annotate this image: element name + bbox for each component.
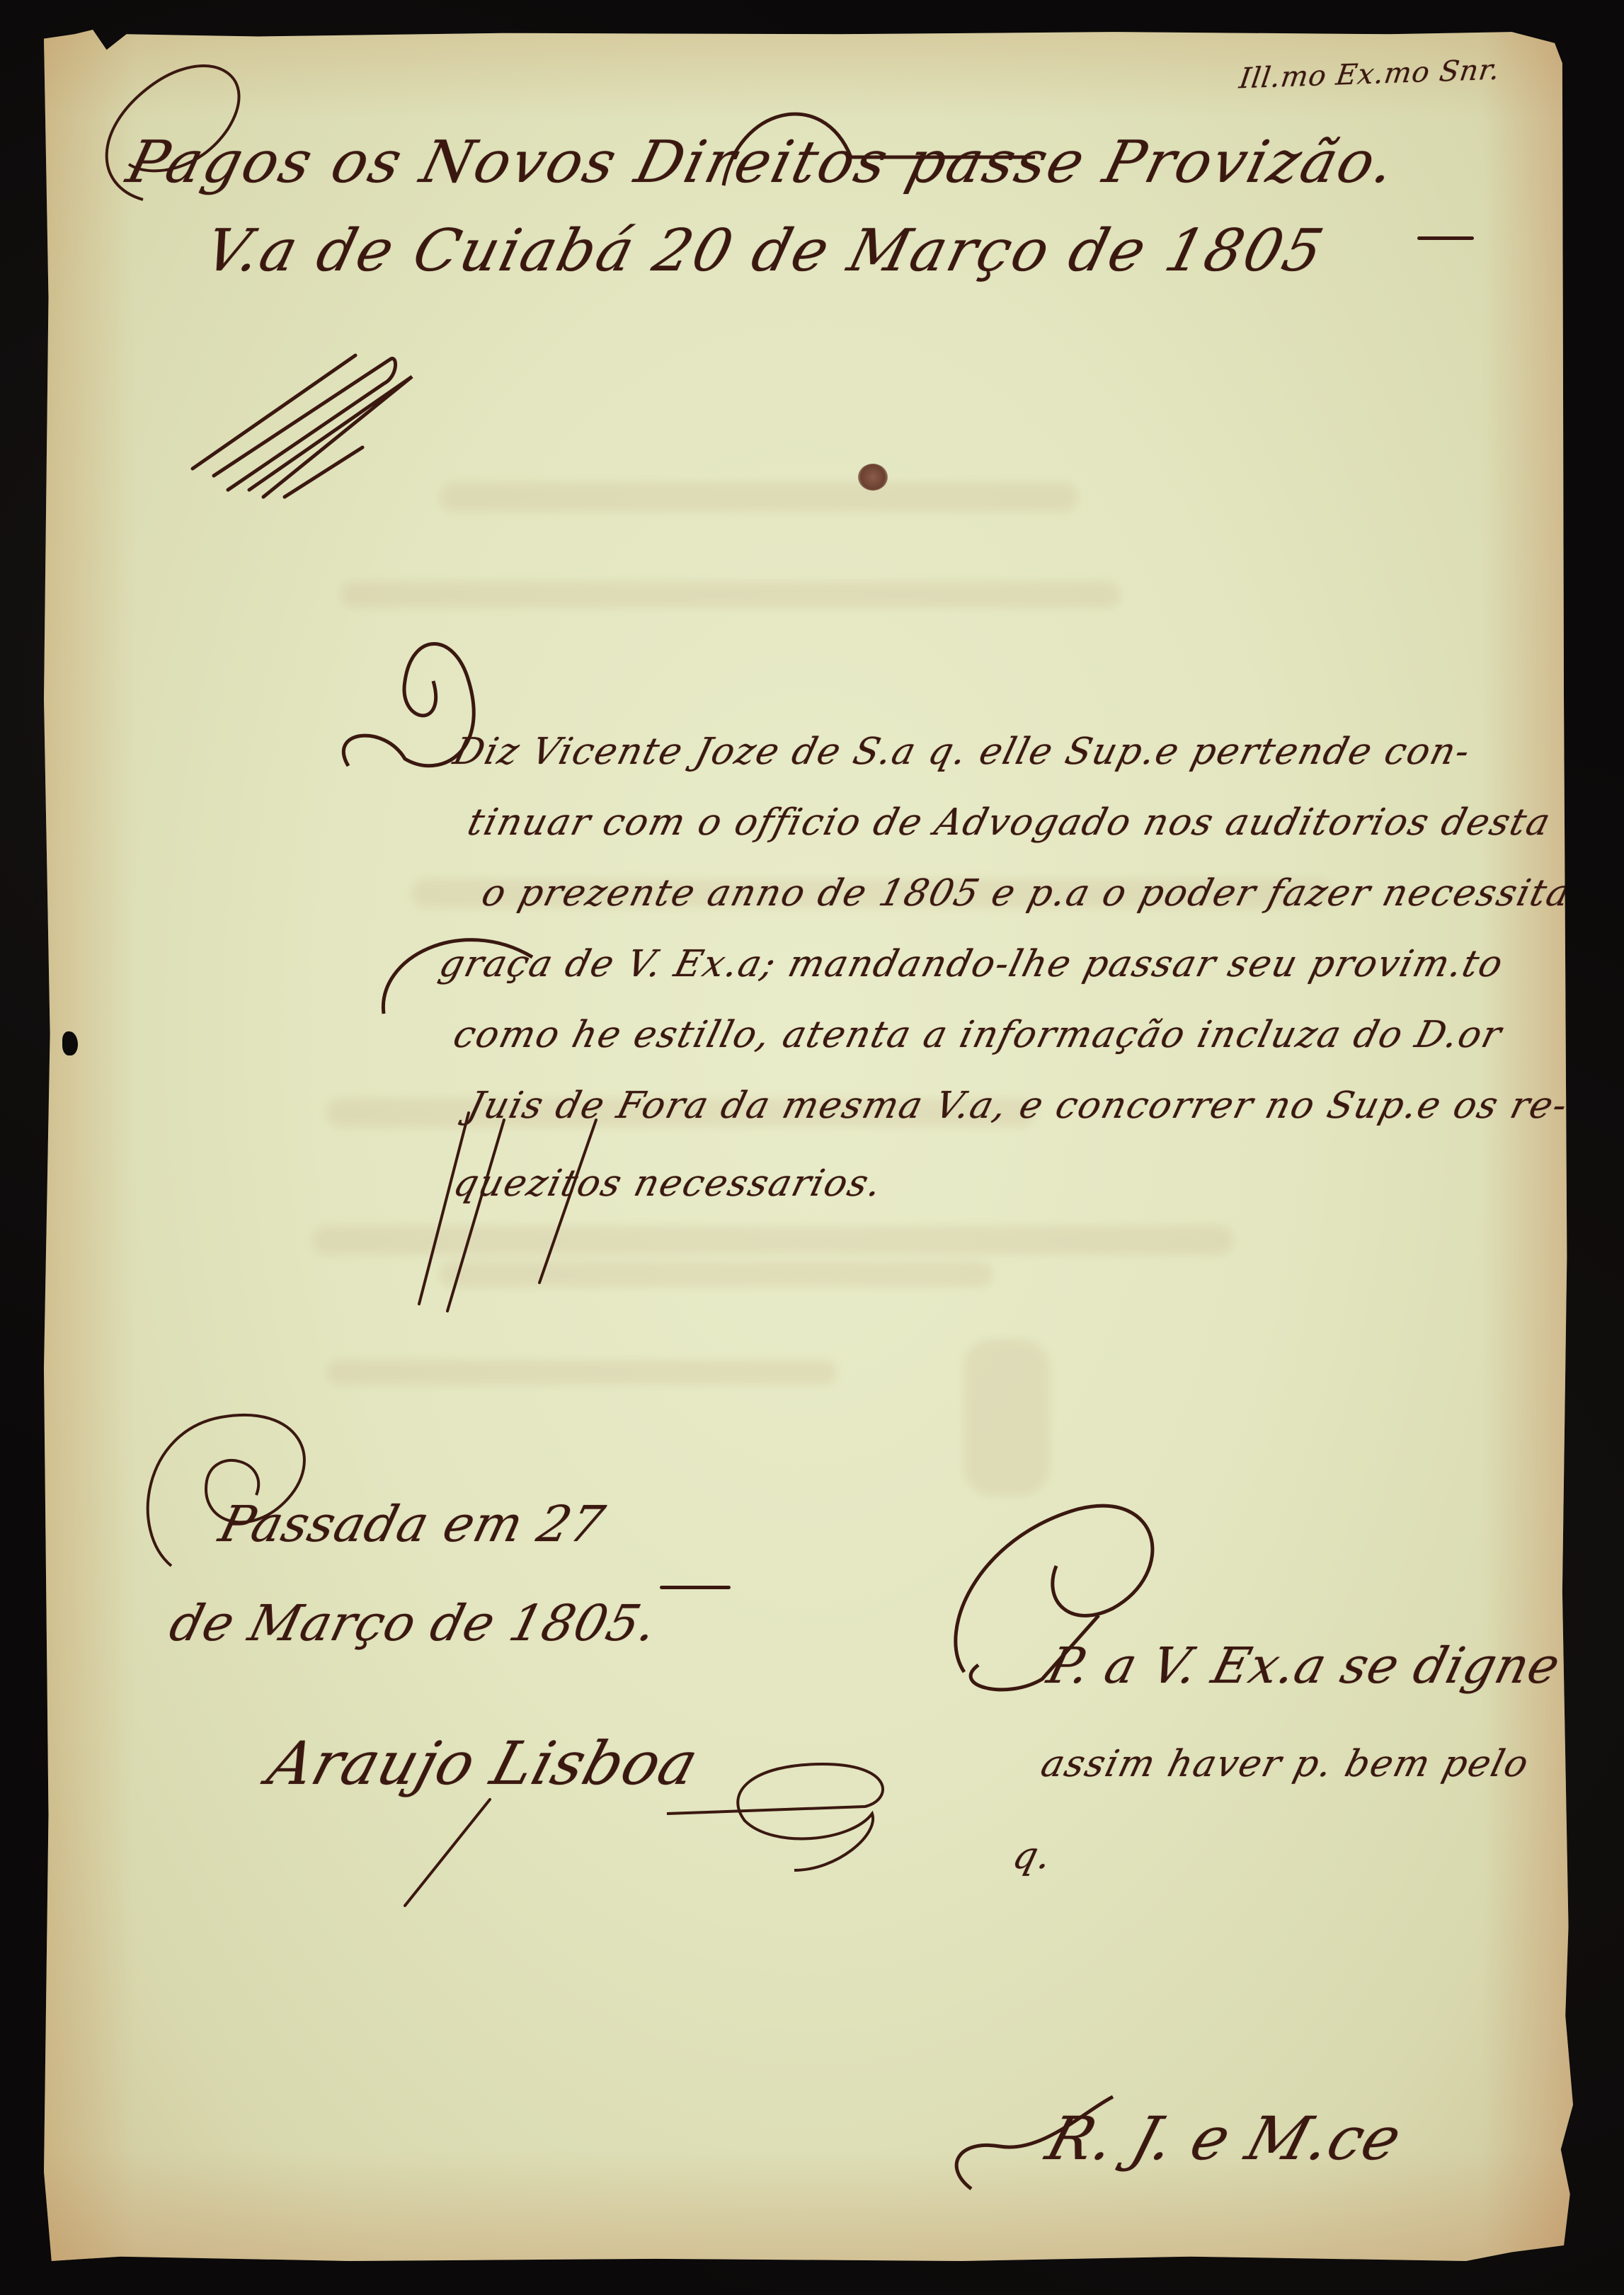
paper-hole — [62, 1031, 78, 1055]
petition-line-4: graça de V. Ex.a; mandando-lhe passar se… — [435, 943, 1509, 985]
manuscript-sheet: Ill.mo Ex.mo Snr. Pagos os Novos Direito… — [44, 30, 1573, 2261]
registration-line-2: de Março de 1805. — [164, 1594, 663, 1652]
petition-line-2: tinuar com o officio de Advogado nos aud… — [464, 801, 1624, 844]
bleed-through — [327, 1361, 837, 1385]
petition-line-6: Juis de Fora da mesma V.a, e concorrer n… — [464, 1084, 1573, 1127]
signature-flourish — [667, 1750, 893, 1877]
petition-line-3: o prezente anno de 1805 e p.a o poder fa… — [478, 872, 1624, 915]
flourish-P — [86, 44, 270, 214]
request-line-3: q. — [1009, 1835, 1058, 1877]
honorific-text: Ill.mo Ex.mo Snr. — [1237, 54, 1502, 96]
request-line-2: assim haver p. bem pelo — [1037, 1743, 1534, 1785]
ink-stain — [858, 464, 888, 491]
rubric-mark — [185, 334, 426, 518]
registration-line-1: Passada em 27 — [214, 1495, 611, 1553]
descender-strokes — [412, 1106, 624, 1318]
bleed-through — [964, 1339, 1049, 1495]
year-flourish — [660, 1586, 731, 1589]
flourish-D — [695, 79, 1063, 193]
registration-signature: Araujo Lisboa — [261, 1729, 707, 1798]
request-line-1: P. a V. Ex.a se digne — [1042, 1637, 1567, 1695]
header-line-2: V.a de Cuiabá 20 de Março de 1805 — [198, 217, 1331, 285]
date-flourish — [1417, 236, 1474, 240]
bleed-through — [341, 582, 1120, 607]
signature-descender — [398, 1799, 497, 1913]
petition-line-5: como he estillo, atenta a informação inc… — [450, 1014, 1507, 1056]
petition-line-1: Diz Vicente Joze de S.a q. elle Sup.e pe… — [450, 731, 1475, 773]
bleed-through — [440, 483, 1077, 511]
closing-formula: R. J. e M.ce — [1039, 2104, 1409, 2173]
